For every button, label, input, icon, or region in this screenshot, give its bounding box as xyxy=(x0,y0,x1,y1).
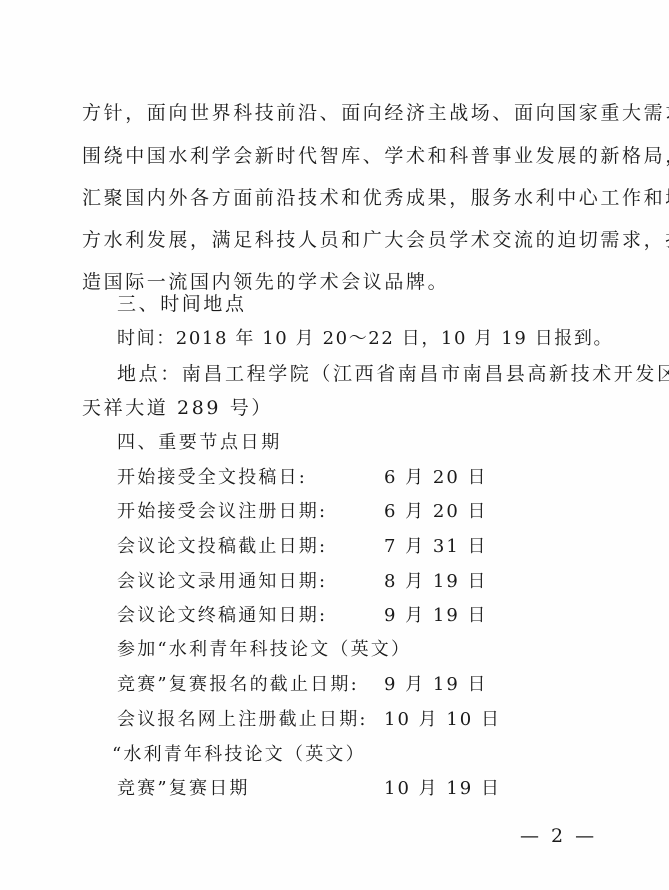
conference-time: 时间：2018 年 10 月 20～22 日，10 月 19 日报到。 xyxy=(117,327,613,351)
conference-location-line1: 地点：南昌工程学院（江西省南昌市南昌县高新技术开发区 xyxy=(117,362,669,386)
key-date-label: 参加“水利青年科技论文（英文） xyxy=(117,638,411,662)
key-date-label: 竞赛”复赛日期 xyxy=(117,777,250,801)
key-date-value: 8 月 19 日 xyxy=(384,570,488,594)
key-date-label: 会议论文投稿截止日期: xyxy=(117,535,327,559)
conference-location-line2: 天祥大道 289 号） xyxy=(82,396,273,420)
key-date-label: 会议论文录用通知日期: xyxy=(117,570,327,594)
key-date-value: 10 月 10 日 xyxy=(384,708,501,732)
key-date-value: 9 月 19 日 xyxy=(384,604,488,628)
key-date-label: 会议报名网上注册截止日期: xyxy=(117,708,368,732)
key-date-value: 7 月 31 日 xyxy=(384,535,488,559)
paragraph-line: 围绕中国水利学会新时代智库、学术和科普事业发展的新格局， xyxy=(82,144,669,168)
paragraph-line: 方水利发展，满足科技人员和广大会员学术交流的迫切需求，打 xyxy=(82,228,669,252)
section-heading-key-dates: 四、重要节点日期 xyxy=(117,431,282,455)
key-date-value: 6 月 20 日 xyxy=(384,500,488,524)
key-date-label: “水利青年科技论文（英文） xyxy=(112,743,366,767)
document-page: 方针，面向世界科技前沿、面向经济主战场、面向国家重大需求， 围绕中国水利学会新时… xyxy=(0,0,669,890)
key-date-label: 开始接受全文投稿日: xyxy=(117,466,307,490)
key-date-label: 开始接受会议注册日期: xyxy=(117,500,327,524)
page-number: — 2 — xyxy=(520,824,597,848)
key-date-value: 6 月 20 日 xyxy=(384,466,488,490)
key-date-value: 9 月 19 日 xyxy=(384,673,488,697)
paragraph-line: 汇聚国内外各方面前沿技术和优秀成果，服务水利中心工作和地 xyxy=(82,186,669,210)
key-date-value: 10 月 19 日 xyxy=(384,777,501,801)
key-date-label: 竞赛”复赛报名的截止日期: xyxy=(117,673,359,697)
paragraph-line: 方针，面向世界科技前沿、面向经济主战场、面向国家重大需求， xyxy=(82,101,669,125)
key-date-label: 会议论文终稿通知日期: xyxy=(117,604,327,628)
paragraph-line: 造国际一流国内领先的学术会议品牌。 xyxy=(82,270,449,294)
section-heading-time-location: 三、时间地点 xyxy=(117,292,247,316)
